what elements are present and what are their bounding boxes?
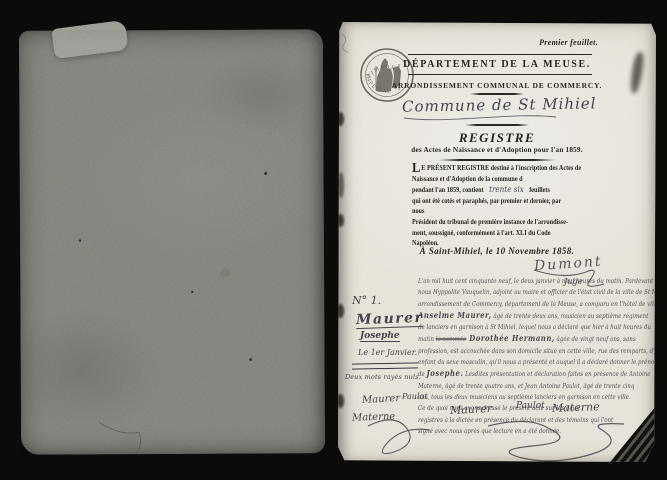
act-line: Materne, âgé de trente quatre ans, et Je…: [418, 381, 647, 392]
preamble-line: nous: [412, 207, 597, 218]
drop-cap: L: [412, 161, 420, 176]
preamble-line: pendant l'an 1859, contienttrente sixfeu…: [412, 185, 597, 197]
ink-blot: [338, 172, 344, 198]
department-title: DÉPARTEMENT DE LA MEUSE.: [338, 59, 656, 70]
stitch-mark: [337, 304, 344, 318]
act-signature: Materne: [552, 400, 600, 415]
header-rule-top: [408, 54, 592, 55]
timbre-imperial-stamp: TIMBRE IMPERIAL: [361, 49, 413, 101]
stitch-mark: [337, 394, 344, 408]
margin-signature: Materne: [352, 411, 396, 424]
sheet-label: Premier feuillet.: [539, 38, 598, 47]
preamble-line: qui ont été cotés et paraphés, par premi…: [412, 197, 597, 208]
act-line: nous Hyppolite Vauquelin, adjoint au mai…: [418, 287, 647, 298]
margin-signature: Maurer: [362, 393, 401, 406]
arrondissement-title: ARRONDISSEMENT COMMUNAL DE COMMERCY.: [338, 81, 656, 90]
act-line: matin la nommée Dorothée Hermann, âgée d…: [418, 333, 647, 345]
place-date-line: À Saint-Mihiel, le 10 Novembre 1858.: [338, 246, 656, 256]
commune-underline-flourish: [404, 116, 556, 120]
left-page-texture: [19, 29, 325, 455]
register-subtitle: des Actes de Naissance et d'Adoption pou…: [338, 146, 656, 154]
act-margin-date: Le 1er Janvier.: [358, 348, 417, 357]
stitch-mark: [337, 214, 344, 227]
act-line: signé avec nous après que lecture en a é…: [418, 426, 647, 437]
act-signature: Paulot: [516, 401, 545, 411]
ornament-rule: [470, 93, 524, 95]
mother-name: Dorothée Hermann,: [466, 333, 554, 343]
act-margin-forename: Josephe: [360, 331, 400, 342]
header-rule-bottom: [408, 74, 592, 75]
register-recto-page: TIMBRE IMPERIAL Premier feuillet. DÉPART…: [338, 22, 656, 462]
father-name: Anselme Maurer,: [418, 310, 492, 320]
subtitle-rule: [439, 159, 555, 161]
register-title: REGISTRE: [338, 130, 656, 146]
preamble-line: LE PRÉSENT REGISTRE destiné à l'inscript…: [412, 164, 597, 175]
handwritten-folio-count: trente six: [484, 185, 530, 194]
margin-annotation: Deux mots rayés nuls.: [345, 373, 421, 381]
preamble-line: Président du tribunal de première instan…: [412, 218, 597, 229]
preamble-line: ment, soussigné, conformément à l'art. X…: [412, 229, 597, 240]
preamble-paragraph: LE PRÉSENT REGISTRE destiné à l'inscript…: [412, 164, 597, 250]
act-line: Anselme Maurer, âgé de trente deux ans, …: [418, 310, 647, 322]
ornament-rule: [465, 124, 529, 126]
act-line: de Josephe. Lesdites présentation et déc…: [418, 368, 647, 380]
judge-signature: Dumont: [534, 254, 604, 275]
act-line: L'an mil huit cent cinquante neuf, le de…: [418, 276, 647, 287]
left-blank-page: [19, 29, 325, 455]
act-line: profession, est accouchée dans son domic…: [418, 346, 647, 357]
act-signature: Maurer: [450, 402, 493, 417]
margin-double-rule: [352, 362, 418, 369]
act-line: enfant du sexe masculin, qu'il nous a pr…: [418, 357, 647, 368]
register-scan: TIMBRE IMPERIAL Premier feuillet. DÉPART…: [0, 0, 667, 480]
edge-scribble: [342, 34, 348, 52]
struck-words: la nommée: [436, 335, 467, 343]
act-line: arrondissement de Commercy, département …: [418, 299, 647, 310]
stitch-mark: [337, 112, 344, 126]
commune-handwritten: Commune de St Mihiel: [402, 94, 597, 115]
act-line: de lanciers en garnison à St Mihiel, leq…: [418, 322, 647, 333]
preamble-line: Naissance et d'Adoption de la commune d: [412, 175, 597, 186]
act-margin-surname: Maurer: [356, 310, 424, 329]
child-forename: Josephe.: [427, 368, 464, 378]
act-number: N° 1.: [352, 294, 381, 307]
